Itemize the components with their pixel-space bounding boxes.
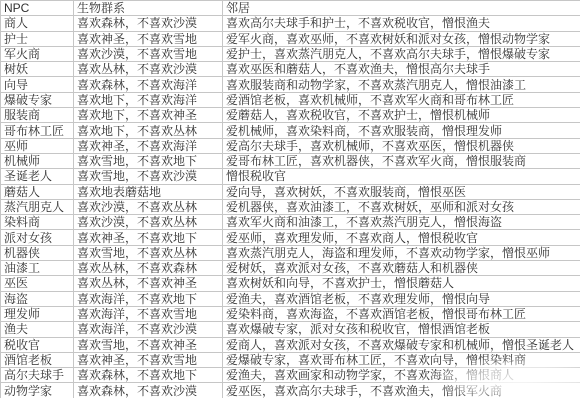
npc-cell: 油漆工	[1, 261, 74, 276]
biome-cell: 喜欢地表蘑菇地	[74, 184, 223, 199]
neighbors-cell: 憎恨税收官	[223, 169, 580, 184]
npc-happiness-table: NPC 生物群系 邻居 商人喜欢森林，不喜欢沙漠喜欢高尔夫球手和护士，不喜欢税收…	[0, 0, 580, 398]
neighbors-cell: 爱机器侠，喜欢油漆工，不喜欢树妖，巫师和派对女孩	[223, 199, 580, 214]
biome-cell: 喜欢雪地，不喜欢地下	[74, 153, 223, 168]
biome-cell: 喜欢雪地，不喜欢丛林	[74, 245, 223, 260]
biome-cell: 喜欢森林，不喜欢沙漠	[74, 383, 223, 398]
neighbors-cell: 爱渔夫，喜欢酒馆老板，不喜欢理发师，憎恨向导	[223, 291, 580, 306]
npc-cell: 爆破专家	[1, 92, 74, 107]
npc-cell: 巫医	[1, 276, 74, 291]
neighbors-cell: 喜欢树妖和向导，不喜欢护士，憎恨蘑菇人	[223, 276, 580, 291]
neighbors-cell: 爱军火商，喜欢巫师，不喜欢树妖和派对女孩，憎恨动物学家	[223, 31, 580, 46]
biome-cell: 喜欢沙漠，不喜欢雪地	[74, 46, 223, 61]
table-row: 军火商喜欢沙漠，不喜欢雪地爱护士，喜欢蒸汽朋克人，不喜欢高尔夫球手，憎恨爆破专家	[1, 46, 580, 61]
biome-cell: 喜欢海洋，不喜欢雪地	[74, 306, 223, 321]
table-row: 服装商喜欢地下，不喜欢神圣爱蘑菇人，喜欢税收官，不喜欢护士，憎恨机械师	[1, 108, 580, 123]
biome-cell: 喜欢海洋，不喜欢沙漠	[74, 322, 223, 337]
column-header-npc: NPC	[1, 1, 74, 16]
table-row: 巫师喜欢神圣，不喜欢海洋爱高尔夫球手，喜欢机械师，不喜欢巫医，憎恨机器侠	[1, 138, 580, 153]
npc-cell: 服装商	[1, 108, 74, 123]
neighbors-cell: 爱哥布林工匠，喜欢机器侠，不喜欢军火商，憎恨服装商	[223, 153, 580, 168]
npc-cell: 税收官	[1, 337, 74, 352]
neighbors-cell: 喜欢高尔夫球手和护士，不喜欢税收官，憎恨渔夫	[223, 16, 580, 31]
neighbors-cell: 爱机械师，喜欢染料商，不喜欢服装商，憎恨理发师	[223, 123, 580, 138]
table-row: 树妖喜欢丛林，不喜欢沙漠喜欢巫医和蘑菇人，不喜欢渔夫，憎恨高尔夫球手	[1, 62, 580, 77]
biome-cell: 喜欢沙漠，不喜欢丛林	[74, 199, 223, 214]
biome-cell: 喜欢神圣，不喜欢雪地	[74, 352, 223, 367]
neighbors-cell: 爱染料商，喜欢海盗，不喜欢酒馆老板，憎恨哥布林工匠	[223, 306, 580, 321]
neighbors-cell: 喜欢爆破专家，派对女孩和税收官，憎恨酒馆老板	[223, 322, 580, 337]
biome-cell: 喜欢丛林，不喜欢沙漠	[74, 62, 223, 77]
neighbors-cell: 爱爆破专家，喜欢哥布林工匠，不喜欢向导，憎恨染料商	[223, 352, 580, 367]
npc-cell: 向导	[1, 77, 74, 92]
biome-cell: 喜欢海洋，不喜欢地下	[74, 291, 223, 306]
table-row: 向导喜欢森林，不喜欢海洋喜欢服装商和动物学家，不喜欢蒸汽朋克人，憎恨油漆工	[1, 77, 580, 92]
neighbors-cell: 喜欢蒸汽朋克人，海盗和理发师，不喜欢动物学家，憎恨巫师	[223, 245, 580, 260]
neighbors-cell: 爱商人，喜欢派对女孩，不喜欢爆破专家和机械师，憎恨圣诞老人	[223, 337, 580, 352]
table-row: 渔夫喜欢海洋，不喜欢沙漠喜欢爆破专家，派对女孩和税收官，憎恨酒馆老板	[1, 322, 580, 337]
table-row: 圣诞老人喜欢雪地，不喜欢沙漠憎恨税收官	[1, 169, 580, 184]
neighbors-cell: 爱向导，喜欢树妖，不喜欢服装商，憎恨巫医	[223, 184, 580, 199]
biome-cell: 喜欢地下，不喜欢丛林	[74, 123, 223, 138]
npc-cell: 商人	[1, 16, 74, 31]
table-row: 蒸汽朋克人喜欢沙漠，不喜欢丛林爱机器侠，喜欢油漆工，不喜欢树妖，巫师和派对女孩	[1, 199, 580, 214]
npc-cell: 机器侠	[1, 245, 74, 260]
table-row: 酒馆老板喜欢神圣，不喜欢雪地爱爆破专家，喜欢哥布林工匠，不喜欢向导，憎恨染料商	[1, 352, 580, 367]
table-row: 爆破专家喜欢地下，不喜欢海洋爱酒馆老板，喜欢机械师，不喜欢军火商和哥布林工匠	[1, 92, 580, 107]
table-body: 商人喜欢森林，不喜欢沙漠喜欢高尔夫球手和护士，不喜欢税收官，憎恨渔夫护士喜欢神圣…	[1, 16, 580, 398]
neighbors-cell: 喜欢军火商和油漆工，不喜欢蒸汽朋克人，憎恨海盗	[223, 215, 580, 230]
biome-cell: 喜欢神圣，不喜欢地下	[74, 230, 223, 245]
neighbors-cell: 爱巫医，喜欢高尔夫球手，不喜欢渔夫，憎恨军火商	[223, 383, 580, 398]
npc-cell: 高尔夫球手	[1, 368, 74, 383]
biome-cell: 喜欢沙漠，不喜欢丛林	[74, 215, 223, 230]
table-row: 机器侠喜欢雪地，不喜欢丛林喜欢蒸汽朋克人，海盗和理发师，不喜欢动物学家，憎恨巫师	[1, 245, 580, 260]
table-row: 高尔夫球手喜欢森林，不喜欢地下爱渔夫，喜欢画家和动物学家，不喜欢海盗，憎恨商人	[1, 368, 580, 383]
npc-cell: 圣诞老人	[1, 169, 74, 184]
npc-cell: 海盗	[1, 291, 74, 306]
table-row: 派对女孩喜欢神圣，不喜欢地下爱巫师，喜欢理发师，不喜欢商人，憎恨税收官	[1, 230, 580, 245]
table-row: 机械师喜欢雪地，不喜欢地下爱哥布林工匠，喜欢机器侠，不喜欢军火商，憎恨服装商	[1, 153, 580, 168]
npc-cell: 蒸汽朋克人	[1, 199, 74, 214]
table-row: 理发师喜欢海洋，不喜欢雪地爱染料商，喜欢海盗，不喜欢酒馆老板，憎恨哥布林工匠	[1, 306, 580, 321]
biome-cell: 喜欢丛林，不喜欢神圣	[74, 276, 223, 291]
biome-cell: 喜欢神圣，不喜欢海洋	[74, 138, 223, 153]
npc-cell: 树妖	[1, 62, 74, 77]
biome-cell: 喜欢森林，不喜欢沙漠	[74, 16, 223, 31]
npc-cell: 酒馆老板	[1, 352, 74, 367]
table-row: 蘑菇人喜欢地表蘑菇地爱向导，喜欢树妖，不喜欢服装商，憎恨巫医	[1, 184, 580, 199]
table-row: 海盗喜欢海洋，不喜欢地下爱渔夫，喜欢酒馆老板，不喜欢理发师，憎恨向导	[1, 291, 580, 306]
table-row: 税收官喜欢雪地，不喜欢神圣爱商人，喜欢派对女孩，不喜欢爆破专家和机械师，憎恨圣诞…	[1, 337, 580, 352]
biome-cell: 喜欢丛林，不喜欢森林	[74, 261, 223, 276]
table-row: 巫医喜欢丛林，不喜欢神圣喜欢树妖和向导，不喜欢护士，憎恨蘑菇人	[1, 276, 580, 291]
npc-cell: 动物学家	[1, 383, 74, 398]
biome-cell: 喜欢雪地，不喜欢沙漠	[74, 169, 223, 184]
biome-cell: 喜欢地下，不喜欢神圣	[74, 108, 223, 123]
npc-cell: 渔夫	[1, 322, 74, 337]
npc-cell: 军火商	[1, 46, 74, 61]
biome-cell: 喜欢地下，不喜欢海洋	[74, 92, 223, 107]
npc-cell: 哥布林工匠	[1, 123, 74, 138]
column-header-biome: 生物群系	[74, 1, 223, 16]
table-row: 商人喜欢森林，不喜欢沙漠喜欢高尔夫球手和护士，不喜欢税收官，憎恨渔夫	[1, 16, 580, 31]
npc-cell: 巫师	[1, 138, 74, 153]
table-row: 染料商喜欢沙漠，不喜欢丛林喜欢军火商和油漆工，不喜欢蒸汽朋克人，憎恨海盗	[1, 215, 580, 230]
table-row: 动物学家喜欢森林，不喜欢沙漠爱巫医，喜欢高尔夫球手，不喜欢渔夫，憎恨军火商	[1, 383, 580, 398]
biome-cell: 喜欢森林，不喜欢海洋	[74, 77, 223, 92]
table-row: 哥布林工匠喜欢地下，不喜欢丛林爱机械师，喜欢染料商，不喜欢服装商，憎恨理发师	[1, 123, 580, 138]
neighbors-cell: 爱酒馆老板，喜欢机械师，不喜欢军火商和哥布林工匠	[223, 92, 580, 107]
npc-cell: 机械师	[1, 153, 74, 168]
npc-cell: 派对女孩	[1, 230, 74, 245]
biome-cell: 喜欢雪地，不喜欢神圣	[74, 337, 223, 352]
npc-cell: 蘑菇人	[1, 184, 74, 199]
neighbors-cell: 喜欢巫医和蘑菇人，不喜欢渔夫，憎恨高尔夫球手	[223, 62, 580, 77]
table-row: 油漆工喜欢丛林，不喜欢森林爱树妖，喜欢派对女孩，不喜欢蘑菇人和机器侠	[1, 261, 580, 276]
neighbors-cell: 爱蘑菇人，喜欢税收官，不喜欢护士，憎恨机械师	[223, 108, 580, 123]
npc-cell: 理发师	[1, 306, 74, 321]
neighbors-cell: 爱护士，喜欢蒸汽朋克人，不喜欢高尔夫球手，憎恨爆破专家	[223, 46, 580, 61]
biome-cell: 喜欢森林，不喜欢地下	[74, 368, 223, 383]
npc-cell: 染料商	[1, 215, 74, 230]
header-row: NPC 生物群系 邻居	[1, 1, 580, 16]
table-row: 护士喜欢神圣，不喜欢雪地爱军火商，喜欢巫师，不喜欢树妖和派对女孩，憎恨动物学家	[1, 31, 580, 46]
column-header-neighbors: 邻居	[223, 1, 580, 16]
biome-cell: 喜欢神圣，不喜欢雪地	[74, 31, 223, 46]
neighbors-cell: 爱渔夫，喜欢画家和动物学家，不喜欢海盗，憎恨商人	[223, 368, 580, 383]
neighbors-cell: 爱树妖，喜欢派对女孩，不喜欢蘑菇人和机器侠	[223, 261, 580, 276]
npc-cell: 护士	[1, 31, 74, 46]
neighbors-cell: 爱巫师，喜欢理发师，不喜欢商人，憎恨税收官	[223, 230, 580, 245]
neighbors-cell: 喜欢服装商和动物学家，不喜欢蒸汽朋克人，憎恨油漆工	[223, 77, 580, 92]
neighbors-cell: 爱高尔夫球手，喜欢机械师，不喜欢巫医，憎恨机器侠	[223, 138, 580, 153]
